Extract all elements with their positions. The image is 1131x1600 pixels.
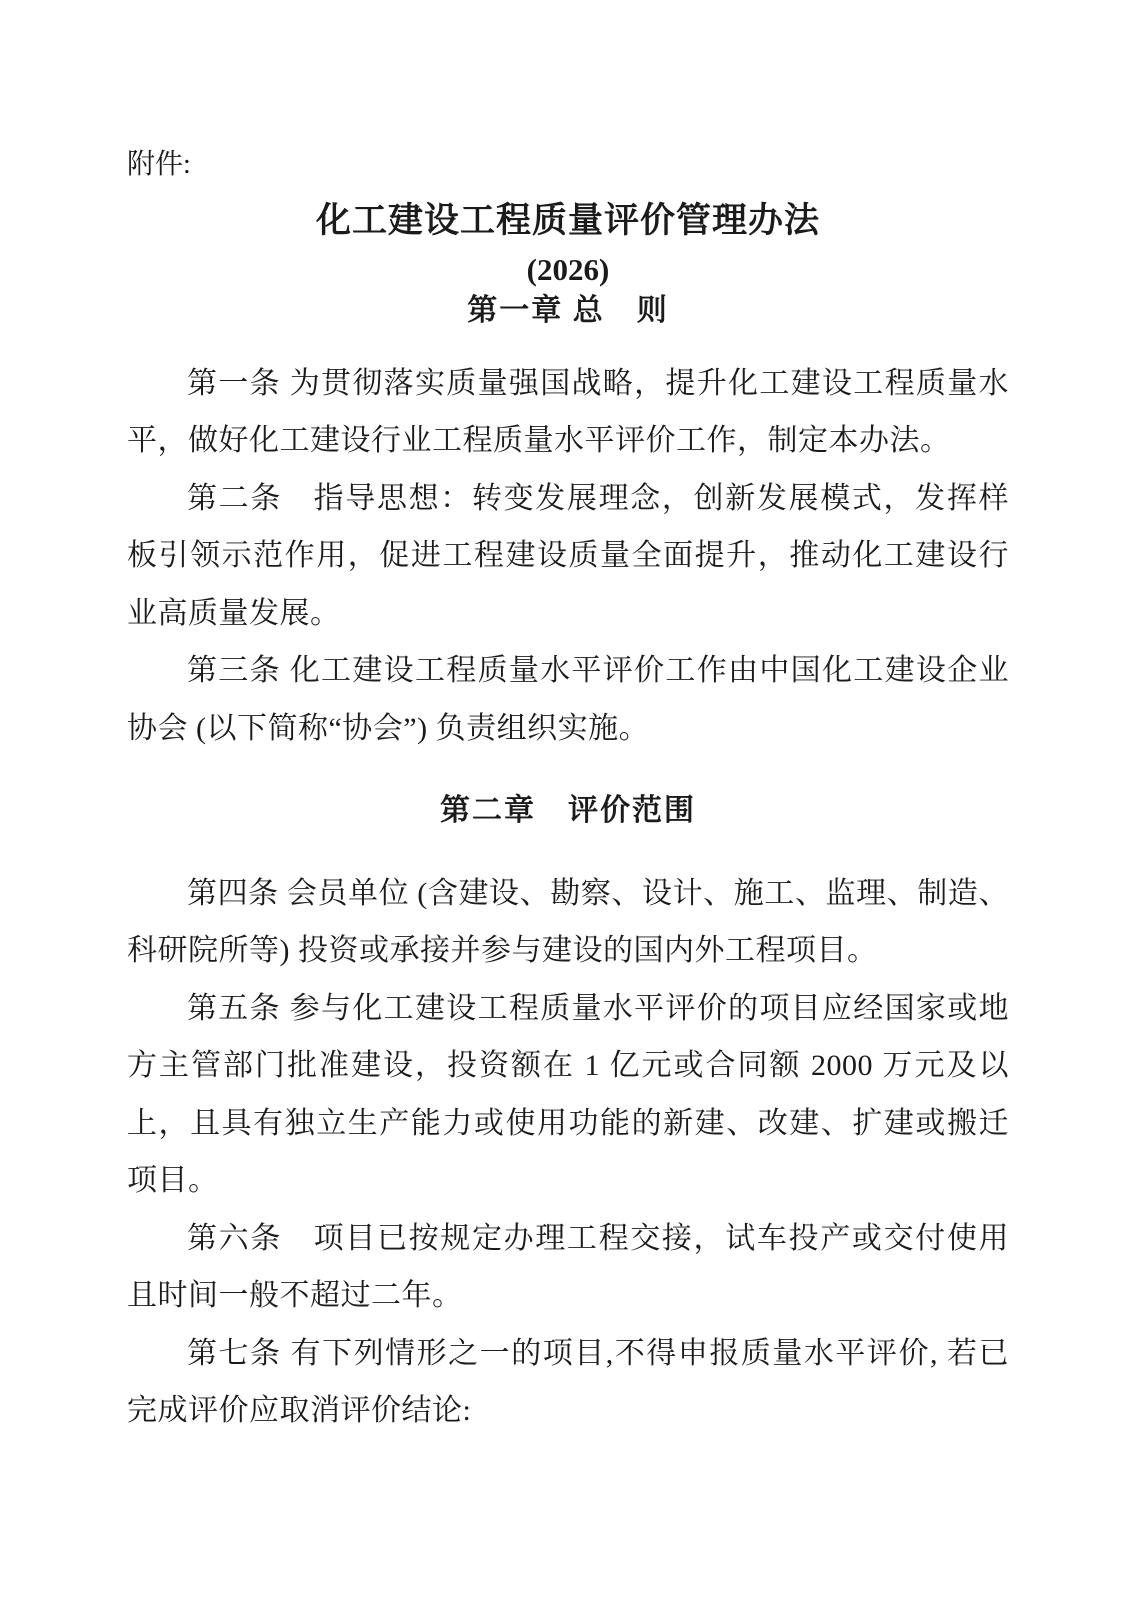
document-page: 附件: 化工建设工程质量评价管理办法 (2026) 第一章 总 则 第一条 为贯… — [0, 0, 1131, 1600]
attachment-label: 附件: — [127, 148, 1009, 182]
document-year: (2026) — [127, 250, 1009, 290]
article-1: 第一条 为贯彻落实质量强国战略，提升化工建设工程质量水平，做好化工建设行业工程质… — [127, 355, 1009, 470]
article-2: 第二条 指导思想：转变发展理念，创新发展模式，发挥样板引领示范作用，促进工程建设… — [127, 470, 1009, 643]
article-6: 第六条 项目已按规定办理工程交接，试车投产或交付使用且时间一般不超过二年。 — [127, 1210, 1009, 1325]
chapter-1-heading: 第一章 总 则 — [127, 292, 1009, 330]
article-5: 第五条 参与化工建设工程质量水平评价的项目应经国家或地方主管部门批准建设，投资额… — [127, 980, 1009, 1210]
article-3: 第三条 化工建设工程质量水平评价工作由中国化工建设企业协会 (以下简称“协会”)… — [127, 642, 1009, 757]
article-4: 第四条 会员单位 (含建设、勘察、设计、施工、监理、制造、科研院所等) 投资或承… — [127, 865, 1009, 980]
document-body: 第一条 为贯彻落实质量强国战略，提升化工建设工程质量水平，做好化工建设行业工程质… — [127, 355, 1009, 1440]
article-7: 第七条 有下列情形之一的项目,不得申报质量水平评价, 若已完成评价应取消评价结论… — [127, 1325, 1009, 1440]
document-title: 化工建设工程质量评价管理办法 — [127, 198, 1009, 244]
chapter-2-heading: 第二章 评价范围 — [127, 782, 1009, 840]
